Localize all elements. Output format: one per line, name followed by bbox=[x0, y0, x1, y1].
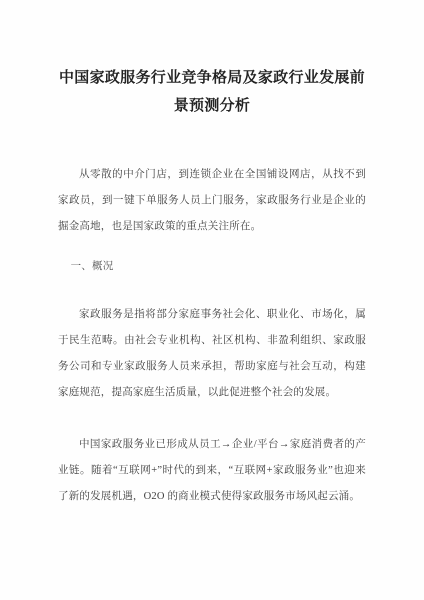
intro-paragraph: 从零散的中介门店，到连锁企业在全国铺设网店，从找不到家政员，到一键下单服务人员上… bbox=[58, 162, 366, 240]
document-page: 中国家政服务行业竞争格局及家政行业发展前景预测分析 从零散的中介门店，到连锁企业… bbox=[0, 0, 424, 600]
body-paragraph: 家政服务是指将部分家庭事务社会化、职业化、市场化，属于民生范畴。由社会专业机构、… bbox=[58, 302, 366, 406]
document-title: 中国家政服务行业竞争格局及家政行业发展前景预测分析 bbox=[58, 64, 366, 120]
body-paragraph: 中国家政服务业已形成从员工→企业/平台→家庭消费者的产业链。随着“互联网+”时代… bbox=[58, 432, 366, 510]
section-heading-overview: 一、概况 bbox=[58, 254, 366, 280]
